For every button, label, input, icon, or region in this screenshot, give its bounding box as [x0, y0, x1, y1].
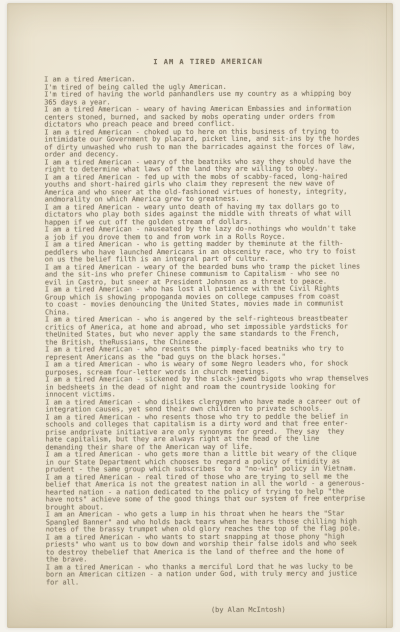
- typewritten-content: I AM A TIRED AMERICAN I am a tired Ameri…: [6, 2, 394, 628]
- document-title: I AM A TIRED AMERICAN: [44, 57, 372, 66]
- document-attribution: (by Alan McIntosh): [211, 606, 286, 614]
- document-body: I am a tired American. I'm tired of bein…: [44, 75, 369, 586]
- document-scan: I AM A TIRED AMERICAN I am a tired Ameri…: [0, 0, 400, 632]
- paper: I AM A TIRED AMERICAN I am a tired Ameri…: [7, 3, 393, 628]
